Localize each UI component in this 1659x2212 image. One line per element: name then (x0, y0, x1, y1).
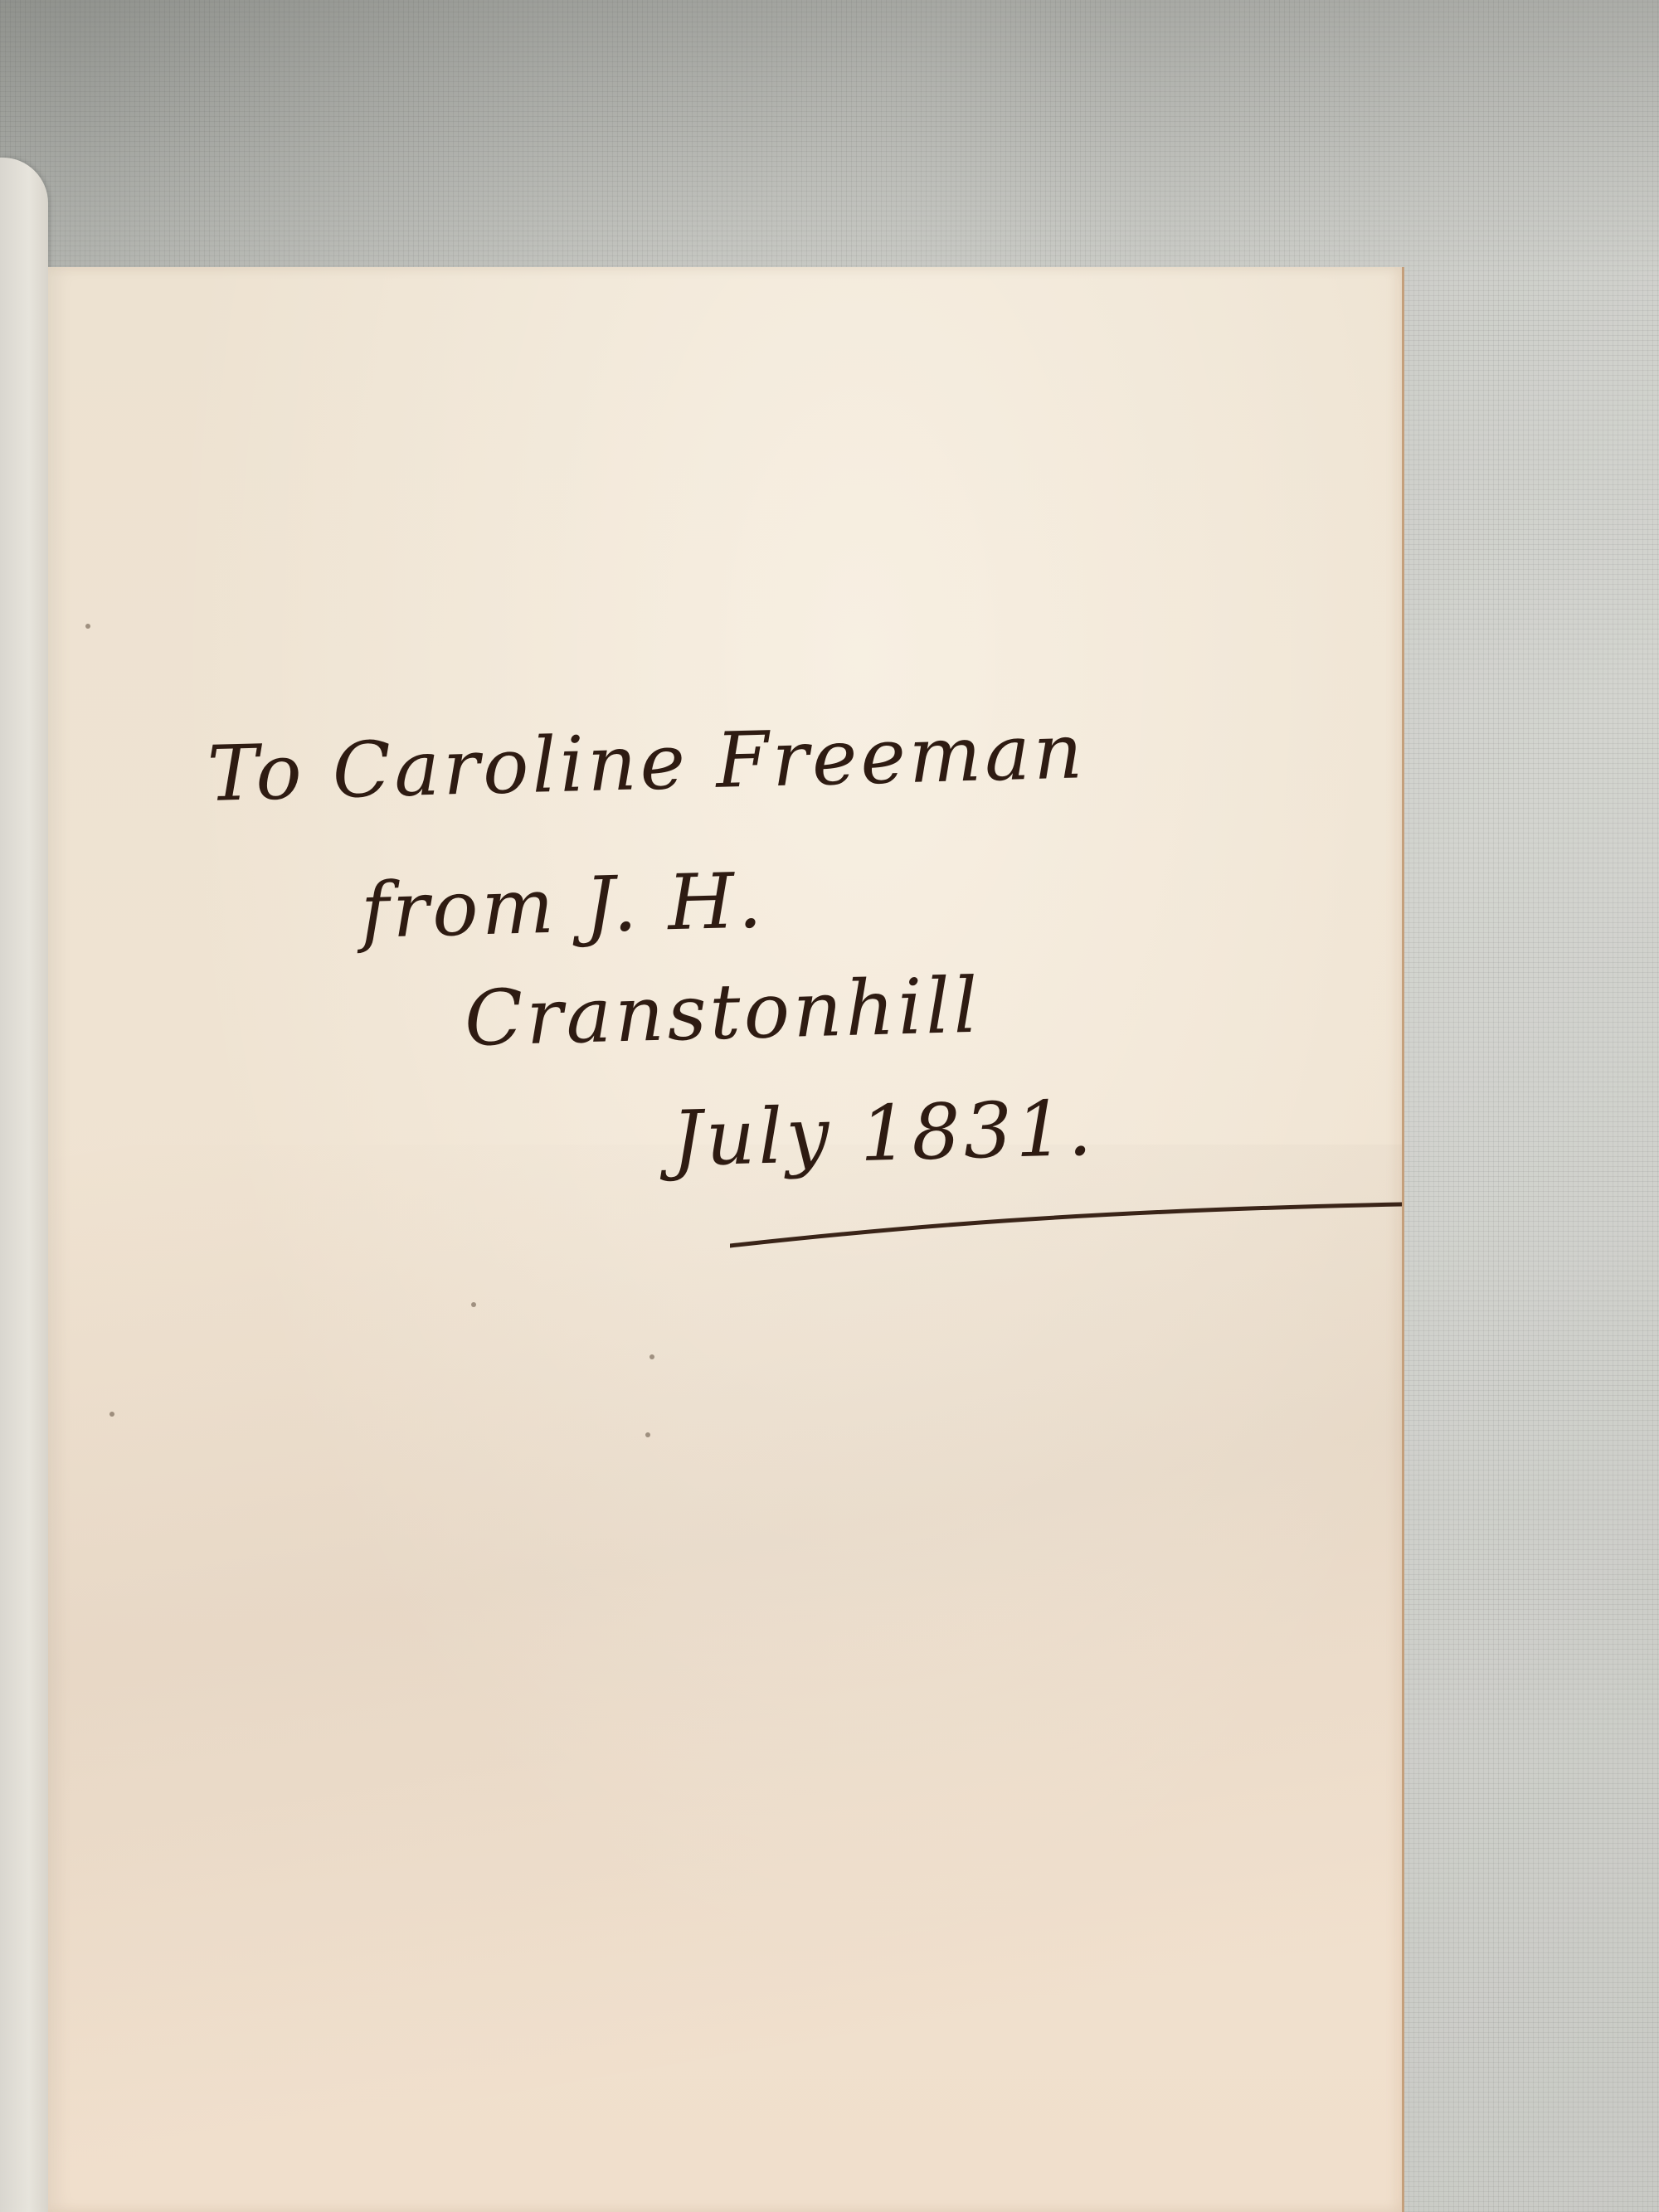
inscription-line-from: from J. H. (360, 856, 766, 955)
inscription-line-place: Cranstonhill (464, 961, 982, 1063)
inscription-line-recipient: To Caroline Freeman (207, 707, 1087, 819)
flourish-underline (730, 1194, 1402, 1252)
inscription-line-date: July 1831. (671, 1084, 1097, 1184)
handwritten-inscription: To Caroline Freeman from J. H. Cranstonh… (0, 0, 1659, 2212)
